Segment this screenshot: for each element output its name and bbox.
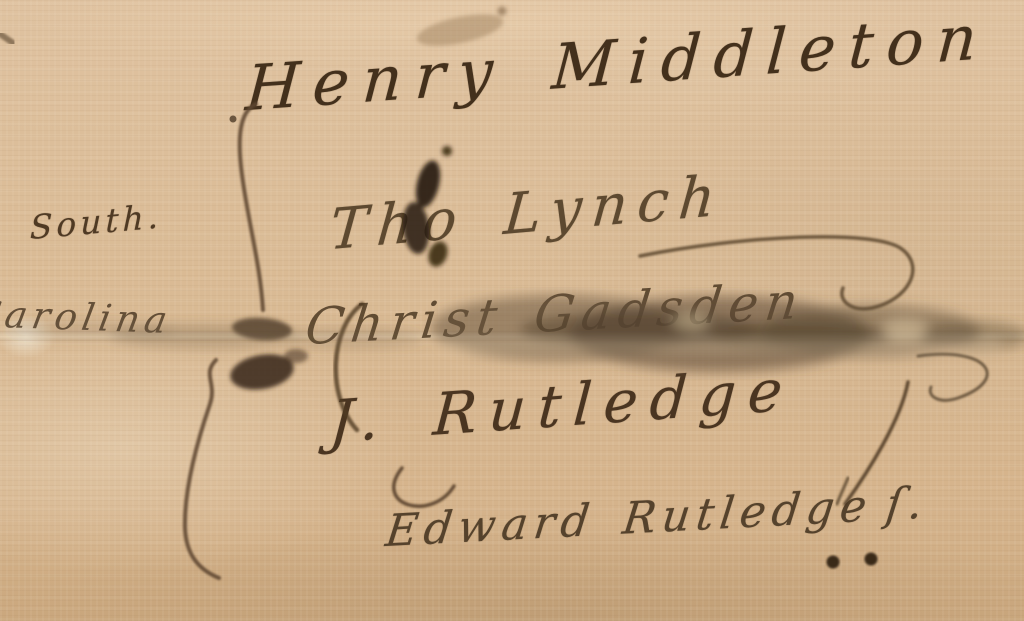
signature-tho-lynch: Tho Lynch xyxy=(327,163,728,263)
signature-edward-rutledge: Edward Rutledgeſ. xyxy=(383,477,932,557)
signature-edward-rutledge-name: Edward Rutledge xyxy=(383,480,876,557)
manuscript-scan: South. Carolina Henry Middleton Tho Lync… xyxy=(0,0,1024,621)
region-label-carolina: Carolina xyxy=(0,292,176,342)
region-label-south: South. xyxy=(30,196,163,247)
signature-henry-middleton: Henry Middleton xyxy=(243,0,992,125)
signature-flourish-mark: ſ. xyxy=(883,477,932,531)
signature-block: South. Carolina Henry Middleton Tho Lync… xyxy=(0,0,1024,621)
signature-christ-gadsden: Christ Gadsden xyxy=(302,272,808,357)
signature-j-rutledge: J. Rutledge xyxy=(328,355,797,456)
